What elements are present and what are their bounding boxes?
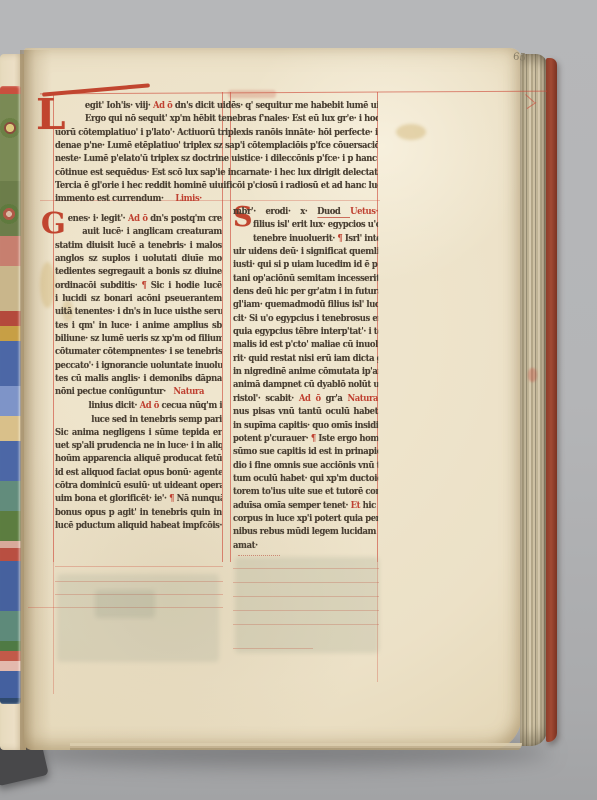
text-line: dio i fine omnis sue acciōnis vnū tan xyxy=(233,459,378,472)
ink-text: cit· Si u'o egypcius i tenebrosus erit xyxy=(233,313,378,324)
ink-text: tes i qm' in luce· i anime amplius sb xyxy=(55,320,222,331)
text-line: sūmo sue capitis id est in prinapio me xyxy=(233,445,378,458)
text-line: Tercia ē gl'orie i hec reddit hominē uiu… xyxy=(55,179,378,192)
faded-header-mark xyxy=(228,90,276,98)
gutter-shadow xyxy=(20,50,56,750)
ink-text: auit lucē· i anglicam creaturam xyxy=(82,226,222,237)
ink-text: Iste ergo homo in xyxy=(318,433,378,444)
ink-text: in supīma capitis· quo omīs insidias xyxy=(233,420,378,431)
ink-text: Nā nunquā xyxy=(177,493,222,504)
text-line: filius isl' erit lux· egypcios u'o xyxy=(233,218,378,231)
text-line: luce sed in tenebris semp parit ¶ xyxy=(55,412,222,425)
ink-text: quia egypcius tēbre interp'tat'· i teneb… xyxy=(233,326,378,337)
text-line: nus pisas vnū tantū oculū habet xyxy=(233,405,378,418)
text-line: nōni pectue coniūguntur· Natura xyxy=(55,385,222,398)
ink-text: Ergo qui nō sequit' xp'm hēbit tenebras … xyxy=(85,113,378,124)
text-line: aduīsa omīa semper tenet· Et hic cor et xyxy=(233,499,378,512)
rubric-text: Limis· xyxy=(175,193,202,204)
text-line: cōtra dominicū esuiū· ut uideant opera xyxy=(55,479,222,492)
ink-text: Isrl' interp'tatur xyxy=(345,233,378,244)
parchment-stain xyxy=(396,124,426,140)
folio-number: 65 xyxy=(512,51,526,63)
text-line: nibus rebus mūdi legem lucidam xp'i xyxy=(233,525,378,538)
text-line: quia egypcius tēbre interp'tat'· i teneb… xyxy=(233,325,378,338)
ink-text: luce sed in tenebris semp parit xyxy=(91,414,222,425)
text-line: in supīma capitis· quo omīs insidias xyxy=(233,419,378,432)
rubric-text: Natura xyxy=(173,386,204,397)
text-line: neste· Lumē p'elato'ū triplex sz doctrin… xyxy=(55,152,378,165)
ink-text: Sic i hodie lucē xyxy=(151,280,222,291)
ink-text: biliune· sz lumē ueris sz xp'm od filium xyxy=(55,333,222,344)
ink-text: nōni pectue coniūguntur· xyxy=(55,386,173,397)
ink-text: mbr'· erodi· x· xyxy=(233,206,317,217)
ink-text: torem to'ius uite sue et tutorē contra xyxy=(233,486,378,497)
ink-text: gr'a xyxy=(326,393,348,404)
ink-text: uim bona et glorificēt· ie'· xyxy=(55,493,169,504)
top-block: egit' Ioh'is· viij· Ad ō dn's dicit uidē… xyxy=(55,99,378,206)
rubric-text: Ad ō xyxy=(128,213,150,224)
ink-text: bonus opus p agit' in tenebris quin in xyxy=(55,507,222,518)
right-column: mbr'· erodi· x· Duod Uetus·filius isl' e… xyxy=(233,205,378,552)
show-through-block-left xyxy=(57,574,219,662)
ink-text: tenebre inuoluerit· xyxy=(253,233,337,244)
ink-text: id est aliquod faciat opus bonū· agentes xyxy=(55,467,222,478)
blank-rule xyxy=(55,566,223,567)
red-dot-row xyxy=(238,555,280,556)
text-line: rit· quid restat nisi erū iam dicta gr'i… xyxy=(233,352,378,365)
ink-text: dio i fine omnis sue acciōnis vnū tan xyxy=(233,460,378,471)
text-line: peccato'· i ignorancie uoluntate inuolue xyxy=(55,359,222,372)
ink-text: cōtra dominicū esuiū· ut uideant opera xyxy=(55,480,222,491)
text-line: immento est currendum· Limis· xyxy=(55,192,378,205)
rubric-text: Uetus· xyxy=(350,206,378,217)
ink-text: uitā tenentes· i dn's in luce uisthe ser… xyxy=(55,306,222,317)
book-cover-edge xyxy=(546,58,557,742)
text-line: Ergo qui nō sequit' xp'm hēbit tenebras … xyxy=(55,112,378,125)
text-line: uet sp'ali prudencia ne in luce· i in al… xyxy=(55,439,222,452)
ink-text: ristol'· scabit· xyxy=(233,393,299,404)
ink-text: sūmo sue capitis id est in prinapio me xyxy=(233,446,378,457)
text-line: linius dicit· Ad ō cecua nūq'm in xyxy=(55,399,222,412)
text-line: denae p'ne· Lumē etēplatiuo' triplex sz … xyxy=(55,139,378,152)
text-line: potent p'curauer· ¶ Iste ergo homo in xyxy=(233,432,378,445)
rubric-text: ¶ xyxy=(169,493,176,504)
text-line: lucē pductum aliquid habeat impfcōis· xyxy=(55,519,222,532)
text-line: dens deū hic per gr'atm i in futura per xyxy=(233,285,378,298)
photo-of-manuscript: 65 L G S egit' Ioh'is· viij· Ad ō dn's d… xyxy=(0,0,597,800)
ink-text: cōtumater cōtempnentes· i se tenebris xyxy=(55,346,222,357)
text-line: animā dampnet cū dyablō nolūt uclut· xyxy=(233,378,378,391)
illuminated-border-strip xyxy=(0,86,21,704)
ink-text: dn's postq'm cre xyxy=(150,213,222,224)
rubric-text: Ad ō xyxy=(299,393,326,404)
text-line: tum oculū habet· qui xp'm ductoiē i rec xyxy=(233,472,378,485)
ink-text: tani op'aciōnū semitam incesserit· ui xyxy=(233,273,378,284)
text-line: tes i qm' in luce· i anime amplius sb xyxy=(55,319,222,332)
ink-text: tedientes segregauit a bonis sz diuine xyxy=(55,266,222,277)
text-line: malis id est p'cto' maliae cū inuolue xyxy=(233,338,378,351)
text-line: biliune· sz lumē ueris sz xp'm od filium xyxy=(55,332,222,345)
text-line: id est aliquod faciat opus bonū· agentes xyxy=(55,466,222,479)
text-line: hoūm apparencia aliquē producat fetū· xyxy=(55,452,222,465)
text-line: mbr'· erodi· x· Duod Uetus· xyxy=(233,205,378,218)
ink-text: hoūm apparencia aliquē producat fetū· xyxy=(55,453,222,464)
ink-text: cōtinue est sequēdus· Est scō lux sap'ie… xyxy=(55,167,378,178)
ink-text: uir uidens deū· i significat quemlibet xyxy=(233,246,378,257)
ink-text: hic cor et xyxy=(363,500,378,511)
ink-text: amat· xyxy=(233,540,258,551)
rubric-text: Ad ō xyxy=(153,100,175,111)
ink-text: dens deū hic per gr'atm i in futura per xyxy=(233,286,378,297)
text-line: uir uidens deū· i significat quemlibet xyxy=(233,245,378,258)
ink-text: nus pisas vnū tantū oculū habet xyxy=(233,406,378,417)
bottom-page-edges xyxy=(70,743,522,752)
left-column: enes· i· legit'· Ad ō dn's postq'm creau… xyxy=(55,212,222,532)
text-line: tes cū malis anglis· i demonibs dāpna xyxy=(55,372,222,385)
rubric-text: ¶ xyxy=(311,433,318,444)
ruling-line-left-margin xyxy=(53,92,54,562)
text-line: corpus in luce xp'i potert quia per om xyxy=(233,512,378,525)
ink-text: egit' Ioh'is· viij· xyxy=(85,100,153,111)
ink-text: ordinacōi subditis· xyxy=(55,280,142,291)
text-line: i lucidi sz bonari acōni pseuerantem xyxy=(55,292,222,305)
text-line: statim diuisit lucē a tenebris· i malos xyxy=(55,239,222,252)
text-line: enes· i· legit'· Ad ō dn's postq'm cre xyxy=(55,212,222,225)
text-line: anglos sz suplos i uolutati diuīe mo xyxy=(55,252,222,265)
text-line: ordinacōi subditis· ¶ Sic i hodie lucē xyxy=(55,279,222,292)
text-line: torem to'ius uite sue et tutorē contra xyxy=(233,485,378,498)
ink-text: immento est currendum· xyxy=(55,193,175,204)
text-line: ristol'· scabit· Ad ō gr'a Natura xyxy=(233,392,378,405)
ink-text: tum oculū habet· qui xp'm ductoiē i rec xyxy=(233,473,378,484)
ink-text: Sic anima negligens i sūme tepida er xyxy=(55,427,222,438)
ink-text: aduīsa omīa semper tenet· xyxy=(233,500,351,511)
ink-text: in nigredinē anime cōmutata ip'am xyxy=(233,366,378,377)
ink-text: tes cū malis anglis· i demonibs dāpna xyxy=(55,373,222,384)
text-line: Sic anima negligens i sūme tepida er xyxy=(55,426,222,439)
text-line: egit' Ioh'is· viij· Ad ō dn's dicit uidē… xyxy=(55,99,378,112)
text-line: uim bona et glorificēt· ie'· ¶ Nā nunquā xyxy=(55,492,222,505)
page-fore-edge-stack xyxy=(520,54,547,746)
ink-text: peccato'· i ignorancie uoluntate inuolue xyxy=(55,360,222,371)
text-line: uorū cōtemplatiuo' i p'lato'· Actiuorū t… xyxy=(55,126,378,139)
text-line: tenebre inuoluerit· ¶ Isrl' interp'tatur xyxy=(233,232,378,245)
ink-text: filius isl' erit lux· egypcios u'o xyxy=(253,219,378,230)
text-line: cōtinue est sequēdus· Est scō lux sap'ie… xyxy=(55,166,378,179)
text-line: bonus opus p agit' in tenebris quin in xyxy=(55,506,222,519)
text-line: cit· Si u'o egypcius i tenebrosus erit xyxy=(233,312,378,325)
ink-text: nibus rebus mūdi legem lucidam xp'i xyxy=(233,526,378,537)
text-line: auit lucē· i anglicam creaturam xyxy=(55,225,222,238)
show-through-block-right xyxy=(235,557,379,653)
ruling-line-left-faint-ext xyxy=(53,562,54,694)
ink-text: statim diuisit lucē a tenebris· i malos xyxy=(55,240,222,251)
ink-text: anglos sz suplos i uolutati diuīe mo xyxy=(55,253,222,264)
text-line: amat· xyxy=(233,539,378,552)
ink-text: animā dampnet cū dyablō nolūt uclut· xyxy=(233,379,378,390)
ink-text: potent p'curauer· xyxy=(233,433,311,444)
show-through-smudge xyxy=(95,590,155,618)
ink-text: dn's dicit uidēs· q' sequitur me habebit… xyxy=(175,100,378,111)
ink-text: corpus in luce xp'i potert quia per om xyxy=(233,513,378,524)
ink-text: uorū cōtemplatiuo' i p'lato'· Actiuorū t… xyxy=(55,127,378,138)
ink-text: i lucidi sz bonari acōni pseuerantem xyxy=(55,293,222,304)
ink-text: malis id est p'cto' maliae cū inuolue xyxy=(233,339,378,350)
text-line: in nigredinē anime cōmutata ip'am xyxy=(233,365,378,378)
ink-text: linius dicit· xyxy=(89,400,140,411)
ink-text: iusti· qui si p uiam lucedim id ē p ius xyxy=(233,259,378,270)
ink-text: denae p'ne· Lumē etēplatiuo' triplex sz … xyxy=(55,140,378,151)
ink-text: Tercia ē gl'orie i hec reddit hominē uiu… xyxy=(55,180,378,191)
text-line: iusti· qui si p uiam lucedim id ē p ius xyxy=(233,258,378,271)
red-smudge-fore-edge xyxy=(528,368,537,382)
ink-text: lucē pductum aliquid habeat impfcōis· xyxy=(55,520,222,531)
ink-text: neste· Lumē p'elato'ū triplex sz doctrin… xyxy=(55,153,378,164)
parchment-stain xyxy=(40,262,55,308)
rubric-text: Ad ō xyxy=(140,400,162,411)
ink-text: cecua nūq'm in xyxy=(162,400,222,411)
rubric-text: Natura xyxy=(347,393,378,404)
ink-text: rit· quid restat nisi erū iam dicta gr'i… xyxy=(233,353,378,364)
ink-text: enes· i· legit'· xyxy=(68,213,128,224)
ink-text: uet sp'ali prudencia ne in luce· i in al… xyxy=(55,440,222,451)
rubric-text: Et xyxy=(351,500,363,511)
text-line: uitā tenentes· i dn's in luce uisthe ser… xyxy=(55,305,222,318)
rubric-text: ¶ xyxy=(142,280,151,291)
text-line: gl'iam· quemadmodū filius isl' luces xyxy=(233,298,378,311)
ink-text: gl'iam· quemadmodū filius isl' luces xyxy=(233,299,378,310)
text-line: cōtumater cōtempnentes· i se tenebris xyxy=(55,345,222,358)
text-line: tedientes segregauit a bonis sz diuine xyxy=(55,265,222,278)
text-line: tani op'aciōnū semitam incesserit· ui xyxy=(233,272,378,285)
rubric-text: Duod xyxy=(317,206,350,218)
